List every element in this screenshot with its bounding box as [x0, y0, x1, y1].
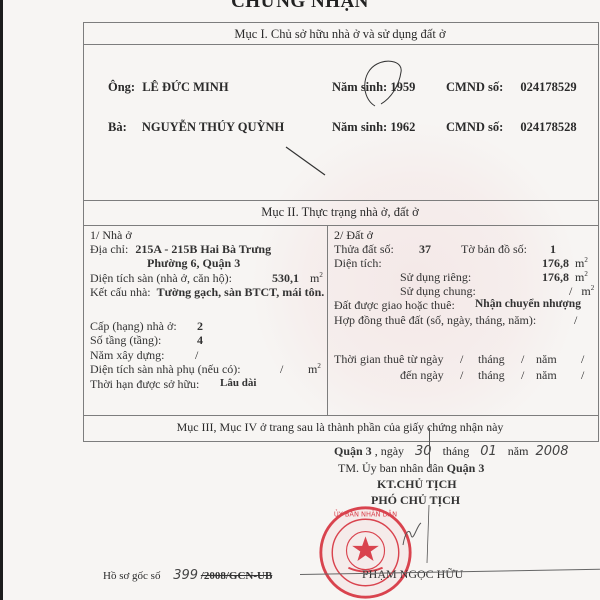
id-number: 024178529	[520, 80, 576, 94]
grade-row: Cấp (hạng) nhà ở:	[90, 319, 177, 334]
pen-line	[429, 428, 430, 468]
column-divider	[327, 225, 328, 415]
lease-to-year: /	[581, 368, 584, 383]
year-label: năm	[508, 444, 529, 458]
day-label: , ngày	[375, 444, 404, 458]
structure-row: Kết cấu nhà: Tường gạch, sàn BTCT, mái t…	[90, 285, 324, 300]
year-built-value: /	[195, 348, 198, 363]
lease-from-row: Thời gian thuê từ ngày	[334, 352, 444, 367]
structure-label: Kết cấu nhà:	[90, 285, 151, 299]
authority-prefix: TM. Ủy ban nhân dân	[338, 461, 444, 475]
unit: m	[310, 271, 319, 285]
document-title: CHỨNG NHẬN	[0, 0, 600, 13]
grade-value: 2	[197, 319, 203, 334]
address-label: Địa chỉ:	[90, 242, 128, 256]
lease-contract-label: Hợp đồng thuê đất (số, ngày, tháng, năm)…	[334, 313, 536, 327]
land-heading: 2/ Đất ở	[334, 228, 373, 243]
birth-year-value: 1962	[390, 120, 415, 134]
plot-label: Thửa đất số:	[334, 242, 394, 256]
file-ref-suffix: /2008/GCN-UB	[201, 570, 273, 582]
owner-2-name: NGUYỄN THÚY QUỲNH	[142, 120, 284, 134]
address-line-1: 215A - 215B Hai Bà Trưng	[135, 242, 271, 256]
shared-use-label: Sử dụng chung:	[400, 284, 476, 298]
signer-role-1: KT.CHỦ TỊCH	[377, 477, 457, 492]
lease-contract-row: Hợp đồng thuê đất (số, ngày, tháng, năm)…	[334, 313, 536, 328]
unit-superscript: 2	[584, 256, 588, 264]
allocation-label: Đất được giao hoặc thuê:	[334, 298, 455, 312]
year-built-label: Năm xây dựng:	[90, 348, 165, 362]
floors-label: Số tầng (tầng):	[90, 333, 161, 347]
floor-area-value: 530,1	[272, 271, 299, 285]
owner-1-prefix: Ông:	[108, 80, 135, 94]
signature-scribble	[395, 505, 435, 565]
ownership-term-value: Lâu dài	[220, 377, 256, 389]
lease-from-label: Thời gian thuê từ ngày	[334, 352, 444, 366]
unit-superscript: 2	[317, 362, 321, 370]
lease-from-year: /	[581, 352, 584, 367]
id-label: CMND số:	[446, 80, 503, 94]
file-ref-number: 399	[173, 568, 198, 583]
unit-superscript: 2	[584, 270, 588, 278]
divider	[83, 200, 598, 201]
divider	[83, 225, 598, 226]
private-use-label: Sử dụng riêng:	[400, 270, 471, 284]
ownership-term-row: Thời hạn được sở hữu:	[90, 377, 199, 392]
lease-contract-value: /	[574, 313, 577, 328]
ownership-term-label: Thời hạn được sở hữu:	[90, 377, 199, 391]
unit: m	[308, 362, 317, 376]
birth-year-label: Năm sinh:	[332, 120, 387, 134]
aux-area-value: /	[280, 362, 283, 377]
house-heading: 1/ Nhà ở	[90, 228, 132, 243]
shared-use-value-row: / m2	[569, 284, 594, 299]
structure-value: Tường gạch, sàn BTCT, mái tôn.	[157, 285, 325, 299]
section-1-heading: Mục I. Chủ sở hữu nhà ở và sử dụng đất ở	[83, 27, 597, 42]
aux-area-unit: m2	[308, 362, 321, 377]
pen-stroke-annotation	[280, 140, 330, 180]
house-address: Địa chỉ: 215A - 215B Hai Bà Trưng	[90, 242, 271, 257]
owner-2-prefix: Bà:	[108, 120, 127, 134]
floors-row: Số tầng (tầng):	[90, 333, 161, 348]
lease-to-month: /	[521, 368, 524, 383]
unit: m	[575, 270, 584, 284]
month-label: tháng	[443, 444, 470, 458]
lease-to-label: đến ngày	[400, 368, 444, 382]
divider	[83, 44, 598, 45]
svg-text:ỦY BAN NHÂN DÂN: ỦY BAN NHÂN DÂN	[334, 508, 397, 518]
unit-superscript: 2	[319, 271, 323, 279]
address-line-2: Phường 6, Quận 3	[147, 256, 240, 271]
scan-edge	[0, 0, 3, 600]
id-label: CMND số:	[446, 120, 503, 134]
issuance-place: Quận 3	[334, 444, 372, 458]
floors-value: 4	[197, 333, 203, 348]
lease-from-month: /	[521, 352, 524, 367]
map-sheet-value: 1	[550, 242, 556, 257]
area-value-row: 176,8 m2	[542, 256, 588, 271]
grade-label: Cấp (hạng) nhà ở:	[90, 319, 177, 333]
section-2-heading: Mục II. Thực trạng nhà ở, đất ở	[83, 205, 597, 220]
lease-to-day: /	[460, 368, 463, 383]
owner-2-row: Bà: NGUYỄN THÚY QUỲNH	[108, 120, 284, 135]
lease-from-month-label: tháng	[478, 352, 505, 367]
allocation-value: Nhận chuyển nhượng	[475, 298, 581, 310]
floor-area-value-row: 530,1 m2	[272, 271, 323, 286]
map-sheet-row: Tờ bản đồ số:	[461, 242, 527, 257]
owner-2-birth: Năm sinh: 1962	[332, 120, 415, 135]
floor-area-label: Diện tích sàn (nhà ở, căn hộ):	[90, 271, 232, 285]
area-label: Diện tích:	[334, 256, 382, 270]
issuance-date: Quận 3 , ngày 30 tháng 01 năm 2008	[334, 444, 569, 459]
owner-1-row: Ông: LÊ ĐỨC MINH	[108, 80, 229, 95]
shared-use-value: /	[569, 284, 572, 298]
map-sheet-label: Tờ bản đồ số:	[461, 242, 527, 256]
allocation-row: Đất được giao hoặc thuê:	[334, 298, 455, 313]
owner-1-id: CMND số: 024178529	[446, 80, 577, 95]
issuance-month: 01	[480, 444, 497, 459]
section-3-note: Mục III, Mục IV ở trang sau là thành phầ…	[83, 420, 597, 435]
plot-value: 37	[419, 242, 431, 257]
floor-area-row: Diện tích sàn (nhà ở, căn hộ):	[90, 271, 232, 286]
shared-use-row: Sử dụng chung:	[400, 284, 476, 299]
lease-to-year-label: năm	[536, 368, 557, 383]
pen-circle-annotation	[355, 58, 415, 108]
owner-2-id: CMND số: 024178528	[446, 120, 577, 135]
area-value: 176,8	[542, 256, 569, 270]
id-number: 024178528	[520, 120, 576, 134]
plot-row: Thửa đất số:	[334, 242, 394, 257]
issuance-year: 2008	[535, 444, 568, 459]
year-built-row: Năm xây dựng:	[90, 348, 165, 363]
file-ref-label: Hồ sơ gốc số	[103, 570, 160, 582]
private-use-value: 176,8	[542, 270, 569, 284]
divider	[83, 415, 598, 416]
private-use-value-row: 176,8 m2	[542, 270, 588, 285]
unit: m	[575, 256, 584, 270]
private-use-row: Sử dụng riêng:	[400, 270, 471, 285]
aux-area-row: Diện tích sàn nhà phụ (nếu có):	[90, 362, 241, 377]
unit: m	[581, 284, 590, 298]
lease-from-day: /	[460, 352, 463, 367]
unit-superscript: 2	[591, 284, 595, 292]
lease-to-row: đến ngày	[400, 368, 444, 383]
signer-name: PHẠM NGỌC HỮU	[362, 567, 463, 582]
area-row: Diện tích:	[334, 256, 382, 271]
lease-from-year-label: năm	[536, 352, 557, 367]
authority-name: Quận 3	[447, 461, 485, 475]
owner-1-name: LÊ ĐỨC MINH	[142, 80, 228, 94]
issuing-authority: TM. Ủy ban nhân dân Quận 3	[338, 461, 484, 476]
lease-to-month-label: tháng	[478, 368, 505, 383]
file-reference: Hồ sơ gốc số 399 /2008/GCN-UB	[103, 568, 272, 583]
aux-area-label: Diện tích sàn nhà phụ (nếu có):	[90, 362, 241, 376]
